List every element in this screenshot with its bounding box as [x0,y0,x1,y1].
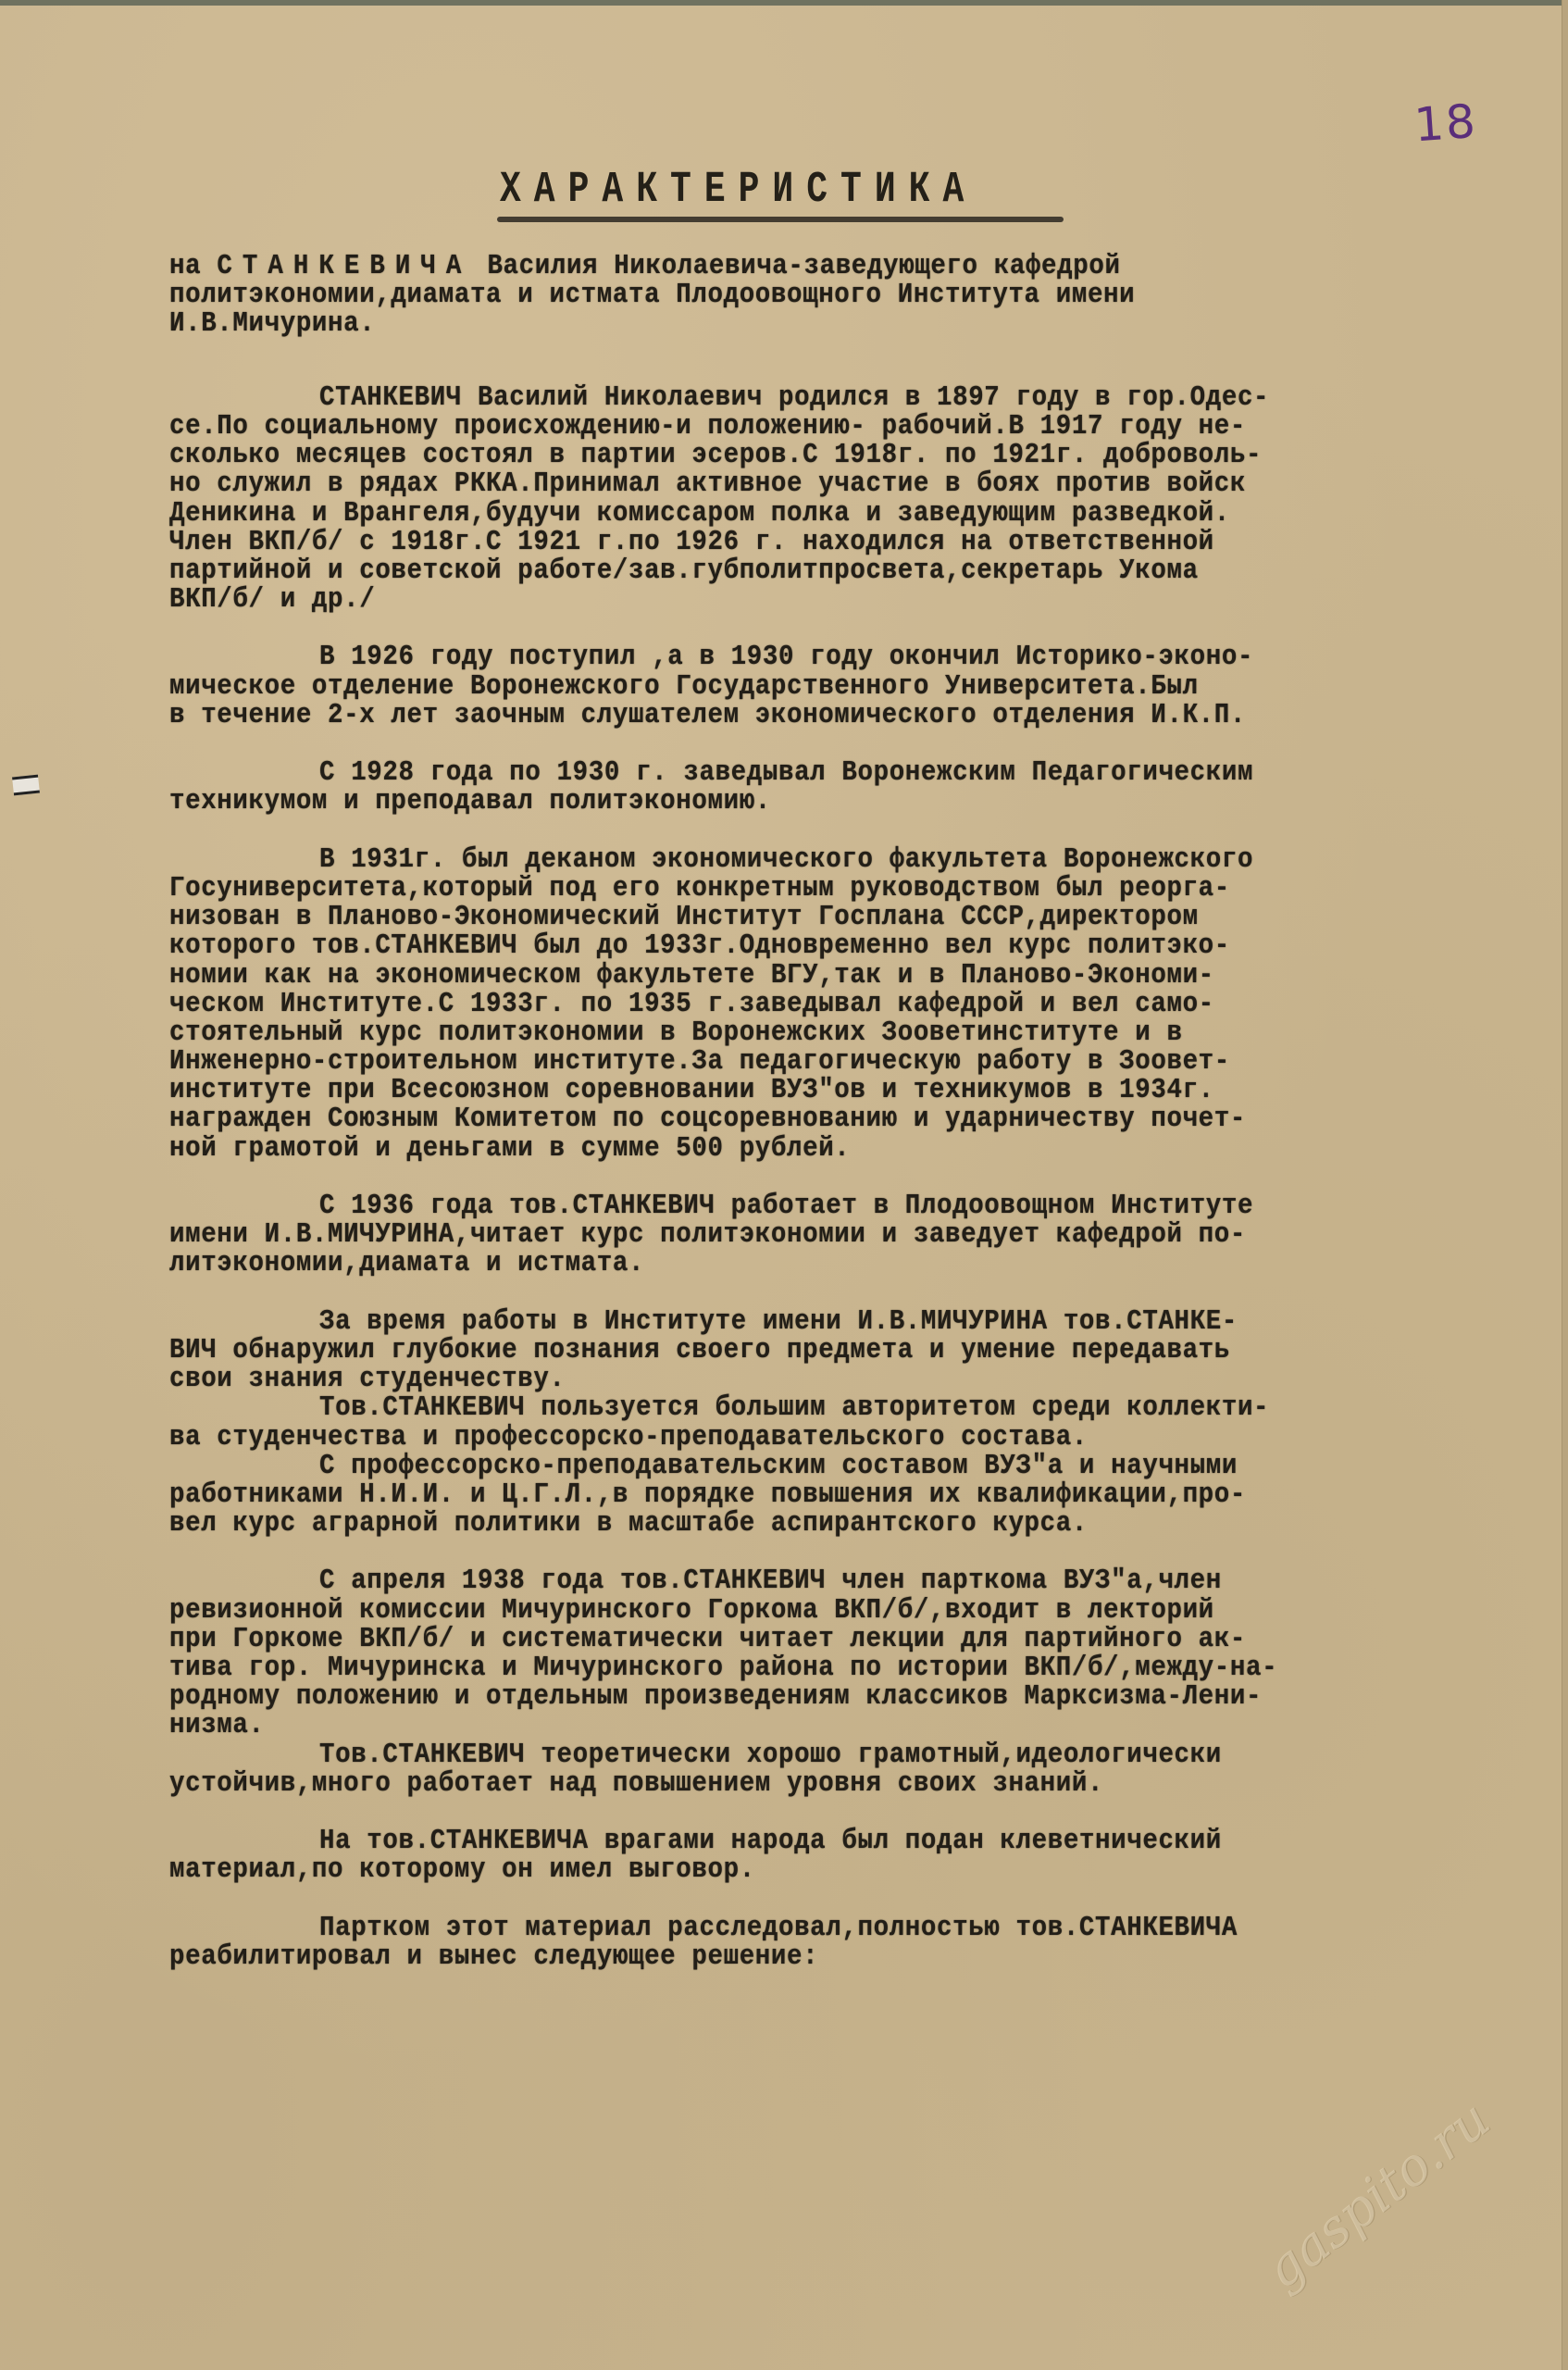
paragraph: С 1928 года по 1930 г. заведывал Воронеж… [169,758,1558,816]
paragraph: С профессорско-преподавательским составо… [169,1452,1558,1539]
paragraph: Партком этот материал расследовал,полнос… [169,1914,1558,1971]
paragraph-first-line: В 1926 году поступил ,а в 1930 году окон… [169,642,1558,674]
paragraph-line: вел курс аграрной политики в масштабе ас… [169,1507,1558,1540]
paragraph-gap [169,1885,1558,1914]
paragraph-line: ВКП/б/ и др./ [169,583,1558,616]
paragraph-line: реабилитировал и вынес следующее решение… [169,1940,1558,1973]
paragraph-first-line: Тов.СТАНКЕВИЧ пользуется большим авторит… [169,1391,1558,1424]
paragraph-line: институте при Всесоюзном соревновании ВУ… [169,1074,1558,1106]
paragraph: В 1931г. был деканом экономического факу… [169,845,1558,1163]
title-underline [497,217,1064,222]
paragraph-line: имени И.В.МИЧУРИНА,читает курс политэкон… [169,1218,1558,1251]
paragraph-line: материал,по которому он имел выговор. [169,1853,1558,1886]
paragraph-line: тива гор. Мичуринска и Мичуринского райо… [169,1652,1558,1684]
paragraph-first-line: С 1928 года по 1930 г. заведывал Воронеж… [169,756,1558,789]
paragraph: На тов.СТАНКЕВИЧА врагами народа был под… [169,1827,1558,1884]
paragraphs-container: СТАНКЕВИЧ Василий Николаевич родился в 1… [169,383,1558,1971]
subject-surname: СТАНКЕВИЧА [217,250,471,282]
paragraph-line: ревизионной комиссии Мичуринского Горком… [169,1594,1558,1627]
document-body: на СТАНКЕВИЧА Василия Николаевича-заведу… [169,252,1558,1971]
paragraph-line: ческом Институте.С 1933г. по 1935 г.заве… [169,988,1558,1020]
paragraph-gap [169,1798,1558,1827]
margin-tear-mark [12,775,40,796]
paragraph-line: литэкономии,диамата и истмата. [169,1248,1558,1280]
paragraph-line: стоятельный курс политэкономии в Воронеж… [169,1017,1558,1049]
paragraph-line: но служил в рядах РККА.Принимал активное… [169,468,1558,500]
paragraph-line: мическое отделение Воронежского Государс… [169,670,1558,703]
intro-line: на СТАНКЕВИЧА Василия Николаевича-заведу… [169,250,1558,282]
paragraph-first-line: Партком этот материал расследовал,полнос… [169,1912,1558,1944]
paragraph-gap [169,817,1558,845]
paragraph-line: свои знания студенчеству. [169,1363,1558,1395]
paragraph-line: низован в Планово-Экономический Институт… [169,901,1558,933]
paragraph-gap [169,614,1558,642]
intro-line: И.В.Мичурина. [169,308,1558,341]
paragraph-gap [169,1279,1558,1307]
paragraph: В 1926 году поступил ,а в 1930 году окон… [169,642,1558,730]
paragraph-line: устойчив,много работает над повышением у… [169,1767,1558,1800]
paragraph-first-line: С профессорско-преподавательским составо… [169,1450,1558,1482]
paragraph: Тов.СТАНКЕВИЧ пользуется большим авторит… [169,1393,1558,1451]
paragraph-line: Инженерно-строительном институте.За педа… [169,1045,1558,1078]
paragraph-first-line: В 1931г. был деканом экономического факу… [169,843,1558,876]
paragraph-first-line: СТАНКЕВИЧ Василий Николаевич родился в 1… [169,381,1558,414]
paragraph-first-line: Тов.СТАНКЕВИЧ теоретически хорошо грамот… [169,1739,1558,1771]
intro-line: политэкономии,диамата и истмата Плодоово… [169,279,1558,311]
paragraph: Тов.СТАНКЕВИЧ теоретически хорошо грамот… [169,1740,1558,1798]
scan-right-edge [1562,0,1568,2370]
paragraph: С 1936 года тов.СТАНКЕВИЧ работает в Пло… [169,1191,1558,1279]
paragraph-line: сколько месяцев состоял в партии эсеров.… [169,439,1558,471]
paragraph-line: техникумом и преподавал политэкономию. [169,786,1558,818]
paragraph-line: в течение 2-х лет заочным слушателем эко… [169,699,1558,731]
paragraph-line: Деникина и Врангеля,будучи комиссаром по… [169,497,1558,530]
intro-prefix: на [169,250,217,282]
paragraph-line: работниками Н.И.И. и Ц.Г.Л.,в порядке по… [169,1478,1558,1511]
paragraph: За время работы в Институте имени И.В.МИ… [169,1307,1558,1394]
paragraph: СТАНКЕВИЧ Василий Николаевич родился в 1… [169,383,1558,615]
paragraph-line: при Горкоме ВКП/б/ и систематически чита… [169,1623,1558,1655]
paragraph: С апреля 1938 года тов.СТАНКЕВИЧ член па… [169,1566,1558,1740]
paragraph-line: ной грамотой и деньгами в сумме 500 рубл… [169,1132,1558,1165]
paragraph-line: низма. [169,1710,1558,1742]
paragraph-line: номии как на экономическом факультете ВГ… [169,959,1558,992]
paragraph-gap [169,1163,1558,1191]
paragraph-gap [169,730,1558,758]
paragraph-line: награжден Союзным Комитетом по соцсоревн… [169,1104,1558,1136]
handwritten-page-number: 18 [1412,94,1479,153]
paragraph-gap [169,339,1558,368]
paragraph-line: ВИЧ обнаружил глубокие познания своего п… [169,1334,1558,1366]
paragraph-line: которого тов.СТАНКЕВИЧ был до 1933г.Одно… [169,929,1558,962]
paragraph-line: партийной и советской работе/зав.губполи… [169,555,1558,587]
paragraph-first-line: За время работы в Институте имени И.В.МИ… [169,1305,1558,1338]
paragraph-line: Госуниверситета,который под его конкретн… [169,872,1558,904]
paragraph-first-line: С апреля 1938 года тов.СТАНКЕВИЧ член па… [169,1565,1558,1598]
intro-suffix: Василия Николаевича-заведующего кафедрой [471,250,1120,282]
paragraph-line: се.По социальному происхождению-и положе… [169,410,1558,443]
paragraph-first-line: На тов.СТАНКЕВИЧА врагами народа был под… [169,1825,1558,1857]
paragraph-gap [169,1538,1558,1566]
document-title: ХАРАКТЕРИСТИКА [500,165,1055,215]
paragraph-first-line: С 1936 года тов.СТАНКЕВИЧ работает в Пло… [169,1190,1558,1222]
paragraph-line: ва студенчества и профессорско-преподава… [169,1421,1558,1453]
paragraph-line: родному положению и отдельным произведен… [169,1680,1558,1713]
paragraph-line: Член ВКП/б/ с 1918г.С 1921 г.по 1926 г. … [169,526,1558,558]
